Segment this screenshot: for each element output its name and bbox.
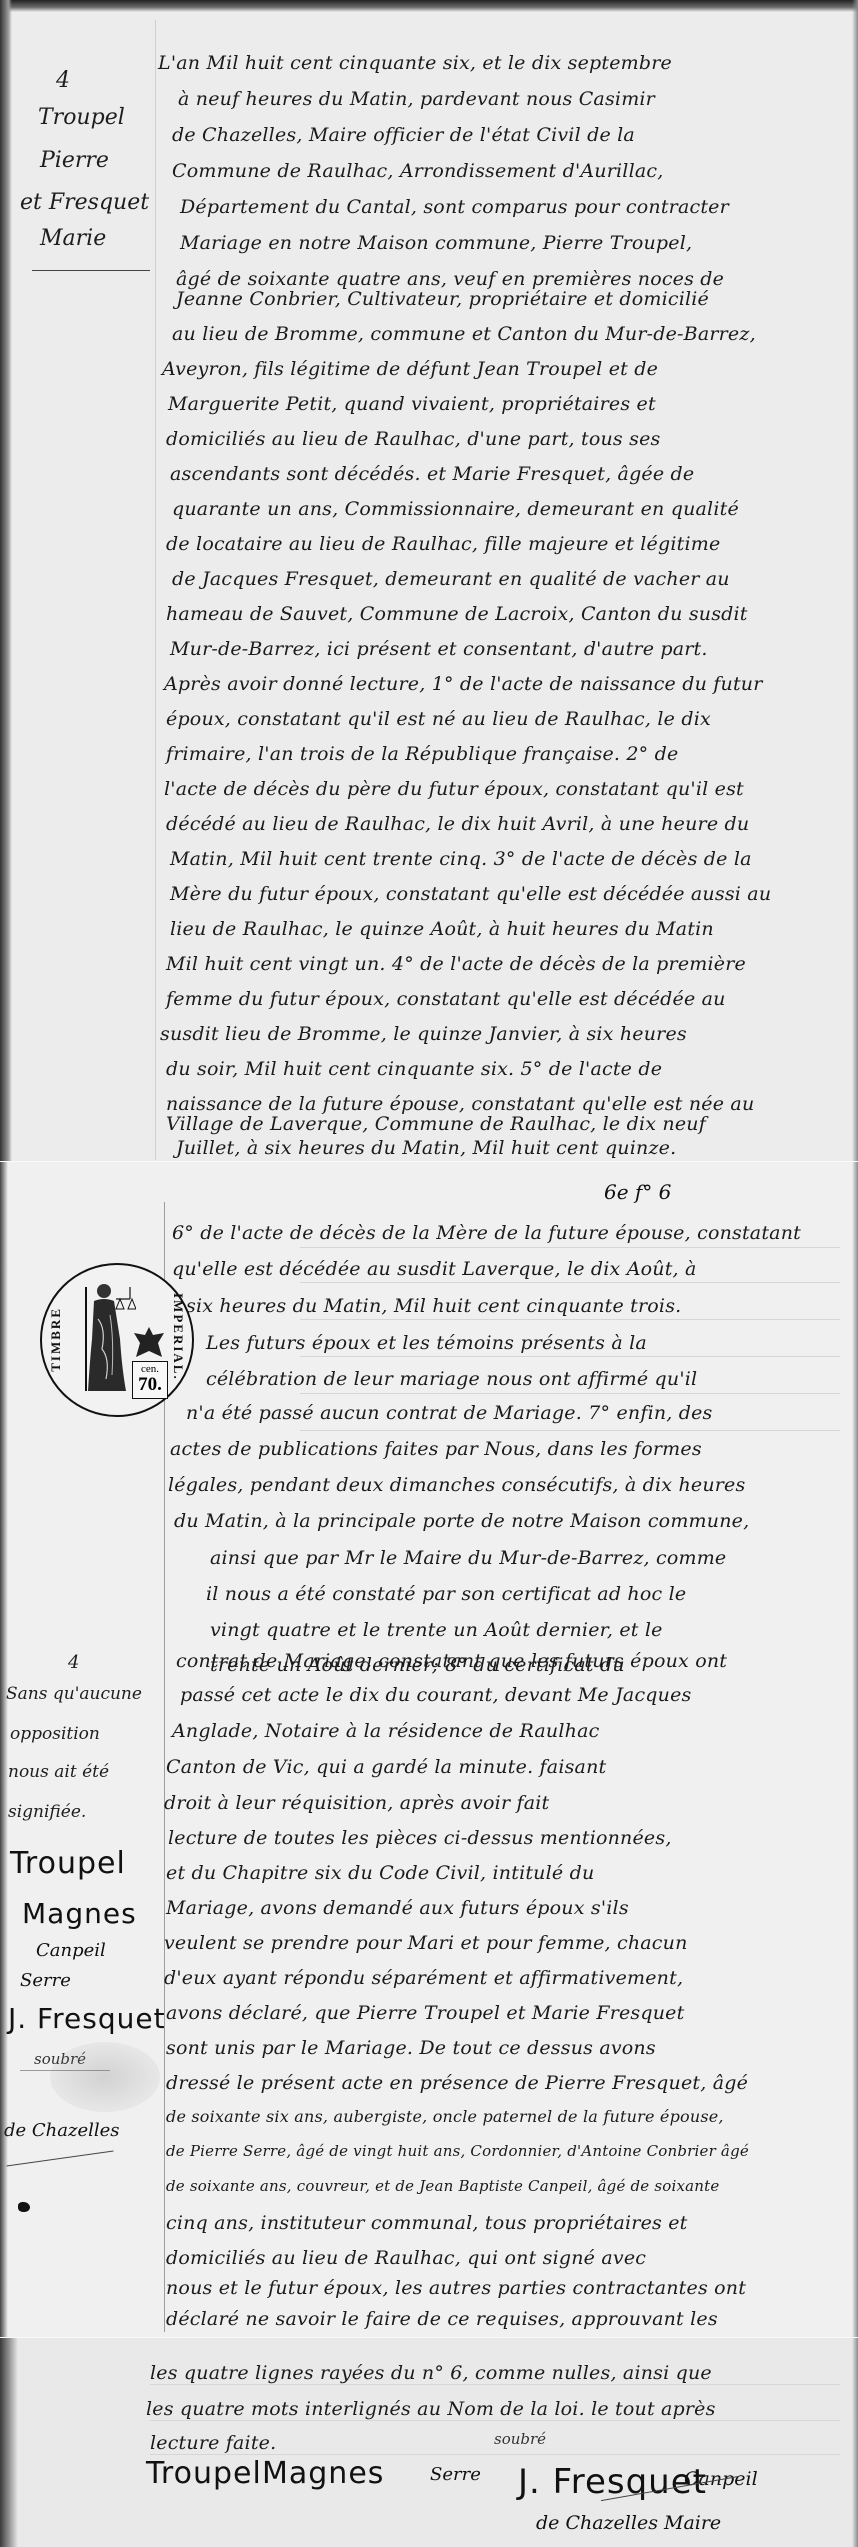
text-line: du Matin, à la principale porte de notre…: [174, 1510, 749, 1532]
text-line: actes de publications faites par Nous, d…: [170, 1438, 702, 1460]
margin-rule: [155, 20, 156, 1160]
text-line: de soixante ans, couvreur, et de Jean Ba…: [166, 2177, 719, 2195]
text-line: de Jacques Fresquet, demeurant en qualit…: [172, 568, 730, 590]
margin-name-bride-firstname: Marie: [40, 226, 106, 251]
text-line: Après avoir donné lecture, 1° de l'acte …: [164, 673, 763, 695]
text-line: d'eux ayant répondu séparément et affirm…: [164, 1967, 683, 1989]
signature-troupel: Troupel: [10, 1846, 126, 1881]
paper-stain: [50, 2042, 160, 2112]
text-line: Jeanne Conbrier, Cultivateur, propriétai…: [176, 288, 709, 310]
text-line: l'acte de décès du père du futur époux, …: [164, 778, 744, 800]
text-line: lecture de toutes les pièces ci-dessus m…: [168, 1827, 672, 1849]
page-edge: [852, 1162, 858, 2338]
text-line: Département du Cantal, sont comparus pou…: [180, 196, 729, 218]
text-line: droit à leur réquisition, après avoir fa…: [164, 1792, 549, 1814]
text-line: de Pierre Serre, âgé de vingt huit ans, …: [166, 2142, 749, 2160]
signature-serre: Serre: [20, 1970, 71, 1991]
text-line: Mariage, avons demandé aux futurs époux …: [166, 1897, 629, 1919]
register-page-3: les quatre lignes rayées du n° 6, comme …: [0, 2338, 858, 2547]
signature-canpeil: Canpeil: [36, 1940, 106, 1961]
text-line: Village de Laverque, Commune de Raulhac,…: [166, 1113, 706, 1135]
text-line: les quatre mots interlignés au Nom de la…: [146, 2398, 716, 2420]
text-line: lecture faite.: [150, 2432, 276, 2454]
text-line: cinq ans, instituteur communal, tous pro…: [166, 2212, 688, 2234]
text-line: sont unis par le Mariage. De tout ce des…: [166, 2037, 656, 2059]
text-line: de Chazelles, Maire officier de l'état C…: [172, 124, 635, 146]
text-line: lieu de Raulhac, le quinze Août, à huit …: [170, 918, 714, 940]
margin-note-line: nous ait été: [8, 1762, 109, 1782]
text-line: contrat de Mariage, constatant que les f…: [176, 1650, 727, 1672]
text-line: nous et le futur époux, les autres parti…: [166, 2277, 746, 2299]
stamp-value-box: cen. 70.: [132, 1361, 168, 1399]
text-line: quarante un ans, Commissionnaire, demeur…: [172, 498, 739, 520]
page-edge: [852, 0, 858, 1162]
justice-figure-icon: [80, 1279, 136, 1397]
page-edge: [852, 2338, 858, 2547]
annotation-soubre: soubré: [494, 2430, 546, 2448]
text-line: veulent se prendre pour Mari et pour fem…: [164, 1932, 688, 1954]
text-line: Marguerite Petit, quand vivaient, propri…: [168, 393, 656, 415]
text-line: dressé le présent acte en présence de Pi…: [166, 2072, 748, 2094]
text-line: six heures du Matin, Mil huit cent cinqu…: [186, 1295, 681, 1317]
margin-note-line: signifiée.: [8, 1802, 86, 1822]
text-line: les quatre lignes rayées du n° 6, comme …: [150, 2362, 712, 2384]
text-line: Les futurs époux et les témoins présents…: [206, 1332, 647, 1354]
text-line: âgé de soixante quatre ans, veuf en prem…: [176, 268, 724, 290]
stamp-text-right: IMPERIAL.: [170, 1293, 186, 1381]
text-line: L'an Mil huit cent cinquante six, et le …: [158, 52, 672, 74]
text-line: célébration de leur mariage nous ont aff…: [206, 1368, 697, 1390]
register-page-1: 4 Troupel Pierre et Fresquet Marie L'an …: [0, 0, 858, 1162]
text-line: Commune de Raulhac, Arrondissement d'Aur…: [172, 160, 663, 182]
text-line: déclaré ne savoir le faire de ce requise…: [166, 2308, 718, 2330]
margin-name-bride-surname: et Fresquet: [20, 190, 149, 215]
text-line: Mariage en notre Maison commune, Pierre …: [180, 232, 692, 254]
text-line: vingt quatre et le trente un Août dernie…: [210, 1619, 663, 1641]
margin-note-line: opposition: [10, 1724, 100, 1744]
text-line: n'a été passé aucun contrat de Mariage. …: [186, 1402, 713, 1424]
text-line: décédé au lieu de Raulhac, le dix huit A…: [166, 813, 749, 835]
text-line: de locataire au lieu de Raulhac, fille m…: [166, 533, 720, 555]
text-line: il nous a été constaté par son certifica…: [206, 1583, 686, 1605]
text-line: naissance de la future épouse, constatan…: [166, 1093, 754, 1115]
text-line: ascendants sont décédés. et Marie Fresqu…: [170, 463, 694, 485]
text-line: Mur-de-Barrez, ici présent et consentant…: [170, 638, 708, 660]
signature-fresquet: J. Fresquet: [518, 2462, 707, 2502]
text-line: légales, pendant deux dimanches consécut…: [168, 1474, 745, 1496]
stamp-value: 70.: [133, 1375, 167, 1394]
signature-magnes: Magnes: [22, 1897, 137, 1930]
text-line: au lieu de Bromme, commune et Canton du …: [172, 323, 756, 345]
text-line: Matin, Mil huit cent trente cinq. 3° de …: [170, 848, 752, 870]
text-line: du soir, Mil huit cent cinquante six. 5°…: [166, 1058, 662, 1080]
text-line: à neuf heures du Matin, pardevant nous C…: [178, 88, 655, 110]
text-line: Aveyron, fils légitime de défunt Jean Tr…: [162, 358, 658, 380]
act-number: 4: [56, 68, 70, 93]
text-line: 6° de l'acte de décès de la Mère de la f…: [172, 1222, 801, 1244]
signature-fresquet: J. Fresquet: [8, 2002, 166, 2035]
margin-name-groom-surname: Troupel: [38, 105, 125, 130]
text-line: de soixante six ans, aubergiste, oncle p…: [166, 2107, 724, 2126]
text-line: susdit lieu de Bromme, le quinze Janvier…: [160, 1023, 687, 1045]
margin-note-number: 4: [68, 1652, 79, 1673]
text-line: Juillet, à six heures du Matin, Mil huit…: [176, 1137, 676, 1159]
signature-magnes: Magnes: [262, 2456, 384, 2491]
signature-troupel: Troupel: [146, 2456, 262, 2491]
folio-note: 6e f° 6: [604, 1180, 671, 1204]
signature-serre: Serre: [430, 2464, 481, 2485]
text-line: qu'elle est décédée au susdit Laverque, …: [172, 1258, 697, 1280]
margin-underline: [32, 270, 150, 271]
signature-mayor-de-chazelles: de Chazelles Maire: [536, 2512, 721, 2534]
text-line: ainsi que par Mr le Maire du Mur-de-Barr…: [210, 1547, 726, 1569]
eagle-icon: [132, 1323, 166, 1361]
text-line: femme du futur époux, constatant qu'elle…: [166, 988, 726, 1010]
signature-de-chazelles: de Chazelles: [4, 2120, 120, 2141]
text-line: Anglade, Notaire à la résidence de Raulh…: [172, 1720, 599, 1742]
text-line: domiciliés au lieu de Raulhac, qui ont s…: [166, 2247, 646, 2269]
stamp-text-left: TIMBRE: [48, 1307, 64, 1372]
text-line: époux, constatant qu'il est né au lieu d…: [166, 708, 711, 730]
text-line: avons déclaré, que Pierre Troupel et Mar…: [166, 2002, 684, 2024]
text-line: Mil huit cent vingt un. 4° de l'acte de …: [166, 953, 746, 975]
text-line: et du Chapitre six du Code Civil, intitu…: [166, 1862, 594, 1884]
timbre-imperial-stamp: TIMBRE IMPERIAL. cen. 70.: [40, 1263, 194, 1417]
text-line: Canton de Vic, qui a gardé la minute. fa…: [166, 1756, 606, 1778]
text-line: hameau de Sauvet, Commune de Lacroix, Ca…: [166, 603, 748, 625]
text-line: Mère du futur époux, constatant qu'elle …: [170, 883, 771, 905]
margin-name-groom-firstname: Pierre: [40, 148, 109, 173]
text-line: domiciliés au lieu de Raulhac, d'une par…: [166, 428, 660, 450]
text-line: frimaire, l'an trois de la République fr…: [166, 743, 678, 765]
margin-note-line: Sans qu'aucune: [6, 1684, 142, 1704]
text-line: passé cet acte le dix du courant, devant…: [180, 1684, 692, 1706]
ink-blot: [18, 2202, 30, 2212]
